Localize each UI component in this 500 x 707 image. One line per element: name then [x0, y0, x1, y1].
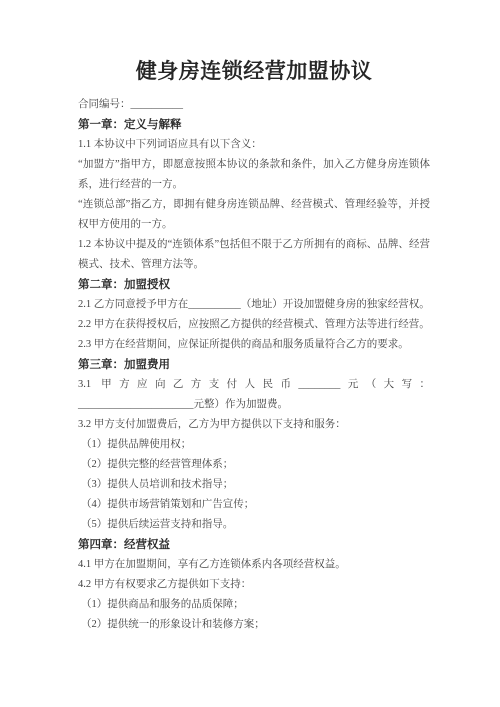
support-item-marketing: （4）提供市场营销策划和广告宣传；	[78, 495, 430, 515]
support-item-operations: （5）提供后续运营支持和指导。	[78, 515, 430, 535]
chapter-definitions: 第一章：定义与解释 1.1 本协议中下列词语应具有以下含义： “加盟方”指甲方，…	[78, 115, 430, 275]
chapter-1-heading: 第一章：定义与解释	[78, 115, 430, 135]
clause-3-2: 3.2 甲方支付加盟费后，乙方为甲方提供以下支持和服务：	[78, 415, 430, 435]
support-item-training: （3）提供人员培训和技术指导；	[78, 475, 430, 495]
chapter-fees: 第三章：加盟费用 3.1 甲方应向乙方支付人民币________元（大写： __…	[78, 355, 430, 535]
clause-4-1: 4.1 甲方在加盟期间，享有乙方连锁体系内各项经营权益。	[78, 555, 430, 575]
support-item-brand: （1）提供品牌使用权；	[78, 435, 430, 455]
chapter-authorization: 第二章：加盟授权 2.1 乙方同意授予甲方在__________（地址）开设加盟…	[78, 275, 430, 355]
document-title: 健身房连锁经营加盟协议	[78, 57, 430, 85]
clause-1-2: 1.2 本协议中提及的“连锁体系”包括但不限于乙方所拥有的商标、品牌、经营模式、…	[78, 235, 430, 275]
contract-number-line: 合同编号：__________	[78, 95, 430, 115]
support-item-management-system: （2）提供完整的经营管理体系；	[78, 455, 430, 475]
clause-1-1: 1.1 本协议中下列词语应具有以下含义：	[78, 135, 430, 155]
clause-franchisee-definition: “加盟方”指甲方，即愿意按照本协议的条款和条件，加入乙方健身房连锁体系，进行经营…	[78, 155, 430, 195]
chapter-2-heading: 第二章：加盟授权	[78, 275, 430, 295]
clause-4-2: 4.2 甲方有权要求乙方提供如下支持：	[78, 575, 430, 595]
clause-2-1: 2.1 乙方同意授予甲方在__________（地址）开设加盟健身房的独家经营权…	[78, 295, 430, 315]
chapter-3-heading: 第三章：加盟费用	[78, 355, 430, 375]
clause-3-1-line2: ______________________元整）作为加盟费。	[78, 395, 430, 415]
chapter-rights: 第四章：经营权益 4.1 甲方在加盟期间，享有乙方连锁体系内各项经营权益。 4.…	[78, 535, 430, 635]
document-content: 健身房连锁经营加盟协议 合同编号：__________ 第一章：定义与解释 1.…	[0, 0, 500, 635]
clause-headquarters-definition: “连锁总部”指乙方，即拥有健身房连锁品牌、经营模式、管理经验等，并授权甲方使用的…	[78, 195, 430, 235]
clause-2-3: 2.3 甲方在经营期间，应保证所提供的商品和服务质量符合乙方的要求。	[78, 335, 430, 355]
right-item-quality: （1）提供商品和服务的品质保障；	[78, 595, 430, 615]
clause-3-1-line1: 3.1 甲方应向乙方支付人民币________元（大写：	[78, 375, 430, 395]
chapter-4-heading: 第四章：经营权益	[78, 535, 430, 555]
contract-document-page: 健身房连锁经营加盟协议 合同编号：__________ 第一章：定义与解释 1.…	[0, 0, 500, 707]
clause-2-2: 2.2 甲方在获得授权后，应按照乙方提供的经营模式、管理方法等进行经营。	[78, 315, 430, 335]
right-item-image-design: （2）提供统一的形象设计和装修方案；	[78, 615, 430, 635]
